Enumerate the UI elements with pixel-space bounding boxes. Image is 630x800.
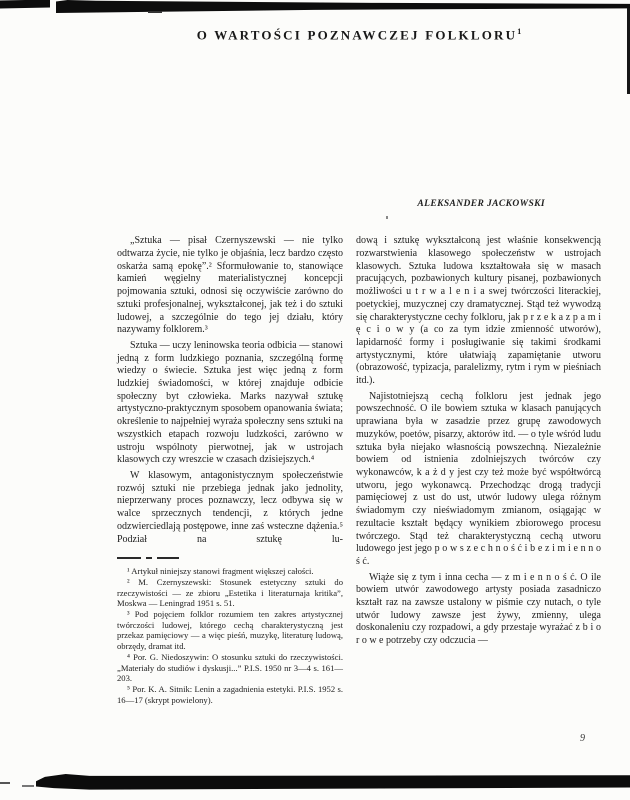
paragraph: W klasowym, antagonistycznym społeczeńst… [117, 470, 343, 546]
footnote-separator-segment [157, 557, 179, 559]
footnote-separator-segment [146, 557, 152, 559]
footnote-separator-segment [117, 557, 141, 559]
author-name: ALEKSANDER JACKOWSKI [117, 199, 601, 209]
text-columns: „Sztuka — pisał Czernyszewski — nie tylk… [117, 235, 601, 705]
scan-artifact-top-bar-left [0, 0, 50, 9]
footnote: ² M. Czernyszewski: Stosunek estetyczny … [117, 577, 343, 609]
page-title-text: O WARTOŚCI POZNAWCZEJ FOLKLORU [197, 27, 517, 42]
footnote-separator [117, 557, 343, 559]
right-column: dową i sztukę wykształconą jest właśnie … [356, 235, 601, 648]
paragraph: dową i sztukę wykształconą jest właśnie … [356, 235, 601, 387]
scan-artifact-bottom-dash-1 [0, 782, 10, 784]
footnote: ¹ Artykuł niniejszy stanowi fragment wię… [117, 566, 343, 577]
footnote: ⁴ Por. G. Niedoszywin: O stosunku sztuki… [117, 652, 343, 684]
page-number: 9 [580, 733, 585, 744]
paragraph: Wiąże się z tym i inna cecha — z m i e n… [356, 572, 601, 648]
paragraph: Sztuka — uczy leninowska teoria odbicia … [117, 340, 343, 467]
footnote: ³ Pod pojęciem folklor rozumiem ten zakr… [117, 609, 343, 652]
page-title: O WARTOŚCI POZNAWCZEJ FOLKLORU1 [117, 27, 601, 43]
left-column: „Sztuka — pisał Czernyszewski — nie tylk… [117, 235, 343, 705]
paragraph: Najistotniejszą cechą folkloru jest jedn… [356, 391, 601, 569]
page-content: O WARTOŚCI POZNAWCZEJ FOLKLORU1 ALEKSAND… [117, 0, 601, 705]
paragraph: „Sztuka — pisał Czernyszewski — nie tylk… [117, 235, 343, 337]
scanned-document-page: { "page": { "title": "O WARTOŚCI POZNAWC… [0, 0, 630, 800]
footnotes-block: ¹ Artykuł niniejszy stanowi fragment wię… [117, 566, 343, 705]
title-footnote-marker: 1 [517, 27, 521, 36]
footnote: ⁵ Por. K. A. Sitnik: Lenin a zagadnienia… [117, 684, 343, 705]
scan-artifact-bottom-dash-2 [22, 785, 34, 787]
scan-artifact-bottom-bar [36, 774, 630, 790]
